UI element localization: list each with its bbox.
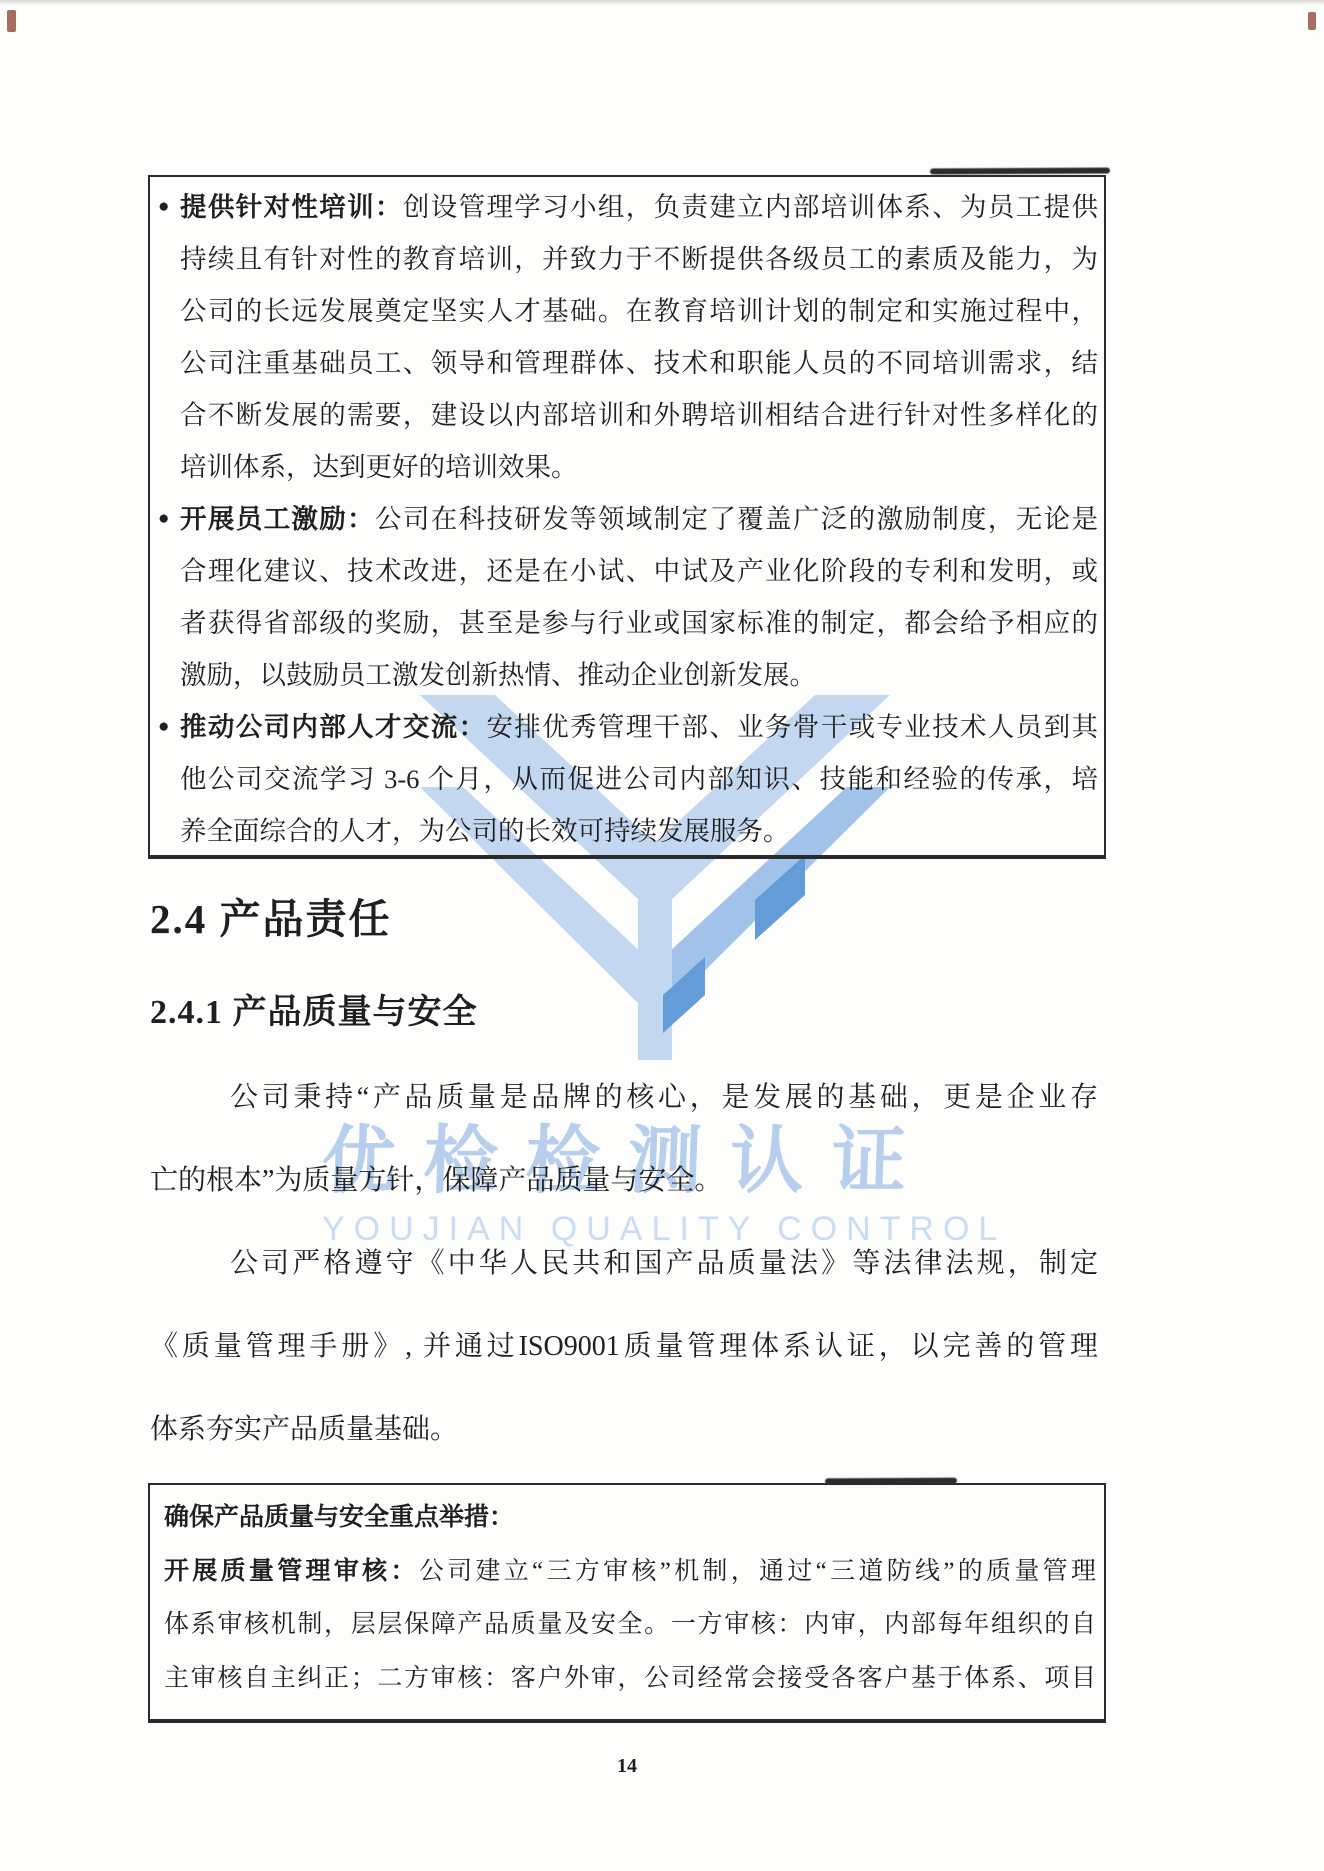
scan-edge-shadow	[0, 0, 1324, 5]
bullet-line: 者获得省部级的奖励，甚至是参与行业或国家标准的制定，都会给予相应的	[180, 597, 1098, 649]
page-number: 14	[148, 1755, 1106, 1778]
bullet-line: 持续且有针对性的教育培训，并致力于不断提供各级员工的素质及能力，为	[180, 233, 1098, 285]
scan-smudge	[825, 1478, 957, 1485]
box-line: 体系审核机制，层层保障产品质量及安全。一方审核：内审，内部每年组织的自	[164, 1598, 1096, 1652]
bullet-line: 公司注重基础员工、领导和管理群体、技术和职能人员的不同培训需求，结	[180, 337, 1098, 389]
bullet-icon: ●	[158, 701, 169, 753]
bullet-line: 开展员工激励：公司在科技研发等领域制定了覆盖广泛的激励制度，无论是	[180, 493, 1098, 545]
list-item: ● 开展员工激励：公司在科技研发等领域制定了覆盖广泛的激励制度，无论是 合理化建…	[158, 493, 1098, 701]
paragraph-line: 亡的根本”为质量方针，保障产品质量与安全。	[150, 1139, 1098, 1222]
section-heading: 2.4 产品责任	[150, 897, 392, 942]
scan-smudge	[930, 168, 1110, 175]
bullet-line: 合理化建议、技术改进，还是在小试、中试及产业化阶段的专利和发明，或	[180, 545, 1098, 597]
bullet-text: 创设管理学习小组，负责建立内部培训体系、为员工提供	[403, 192, 1098, 222]
bullet-line: 养全面综合的人才，为公司的长效可持续发展服务。	[180, 805, 1098, 857]
box-title: 确保产品质量与安全重点举措：	[164, 1491, 1096, 1545]
measures-box: 确保产品质量与安全重点举措： 开展质量管理审核：公司建立“三方审核”机制，通过“…	[148, 1483, 1106, 1723]
bullet-label: 提供针对性培训：	[180, 192, 403, 222]
scan-artifact	[1308, 12, 1316, 30]
scan-artifact	[7, 10, 16, 32]
bullet-list-box: ● 提供针对性培训：创设管理学习小组，负责建立内部培训体系、为员工提供 持续且有…	[148, 175, 1106, 859]
box-line: 开展质量管理审核：公司建立“三方审核”机制，通过“三道防线”的质量管理	[164, 1545, 1096, 1599]
paragraph-line: 体系夯实产品质量基础。	[150, 1388, 1098, 1471]
bullet-text: 安排优秀管理干部、业务骨干或专业技术人员到其	[486, 712, 1098, 742]
box-line: 主审核自主纠正；二方审核：客户外审，公司经常会接受各客户基于体系、项目	[164, 1652, 1096, 1706]
bullet-line: 培训体系，达到更好的培训效果。	[180, 441, 1098, 493]
bullet-icon: ●	[158, 493, 169, 545]
paragraph-line: 《质量管理手册》, 并通过ISO9001质量管理体系认证，以完善的管理	[150, 1305, 1098, 1388]
body-paragraphs: 公司秉持“产品质量是品牌的核心，是发展的基础，更是企业存 亡的根本”为质量方针，…	[150, 1056, 1098, 1471]
list-item: ● 提供针对性培训：创设管理学习小组，负责建立内部培训体系、为员工提供 持续且有…	[158, 181, 1098, 493]
list-item: ● 推动公司内部人才交流：安排优秀管理干部、业务骨干或专业技术人员到其 他公司交…	[158, 701, 1098, 857]
bullet-line: 推动公司内部人才交流：安排优秀管理干部、业务骨干或专业技术人员到其	[180, 701, 1098, 753]
bullet-line: 激励，以鼓励员工激发创新热情、推动企业创新发展。	[180, 649, 1098, 701]
bullet-label: 推动公司内部人才交流：	[180, 712, 486, 742]
box-entry-label: 开展质量管理审核：	[164, 1558, 419, 1585]
bullet-icon: ●	[158, 181, 169, 233]
bullet-text: 公司在科技研发等领域制定了覆盖广泛的激励制度，无论是	[375, 504, 1098, 534]
subsection-heading: 2.4.1 产品质量与安全	[150, 994, 478, 1031]
bullet-line: 公司的长远发展奠定坚实人才基础。在教育培训计划的制定和实施过程中，	[180, 285, 1098, 337]
document-page: 优检检测认证 YOUJIAN QUALITY CONTROL ● 提供针对性培训…	[0, 0, 1324, 1871]
bullet-label: 开展员工激励：	[180, 504, 375, 534]
paragraph-line: 公司严格遵守《中华人民共和国产品质量法》等法律法规，制定	[150, 1222, 1098, 1305]
bullet-line: 他公司交流学习 3-6 个月，从而促进公司内部知识、技能和经验的传承，培	[180, 753, 1098, 805]
box-entry-text: 公司建立“三方审核”机制，通过“三道防线”的质量管理	[419, 1558, 1096, 1585]
bullet-line: 合不断发展的需要，建设以内部培训和外聘培训相结合进行针对性多样化的	[180, 389, 1098, 441]
bullet-line: 提供针对性培训：创设管理学习小组，负责建立内部培训体系、为员工提供	[180, 181, 1098, 233]
paragraph-line: 公司秉持“产品质量是品牌的核心，是发展的基础，更是企业存	[150, 1056, 1098, 1139]
